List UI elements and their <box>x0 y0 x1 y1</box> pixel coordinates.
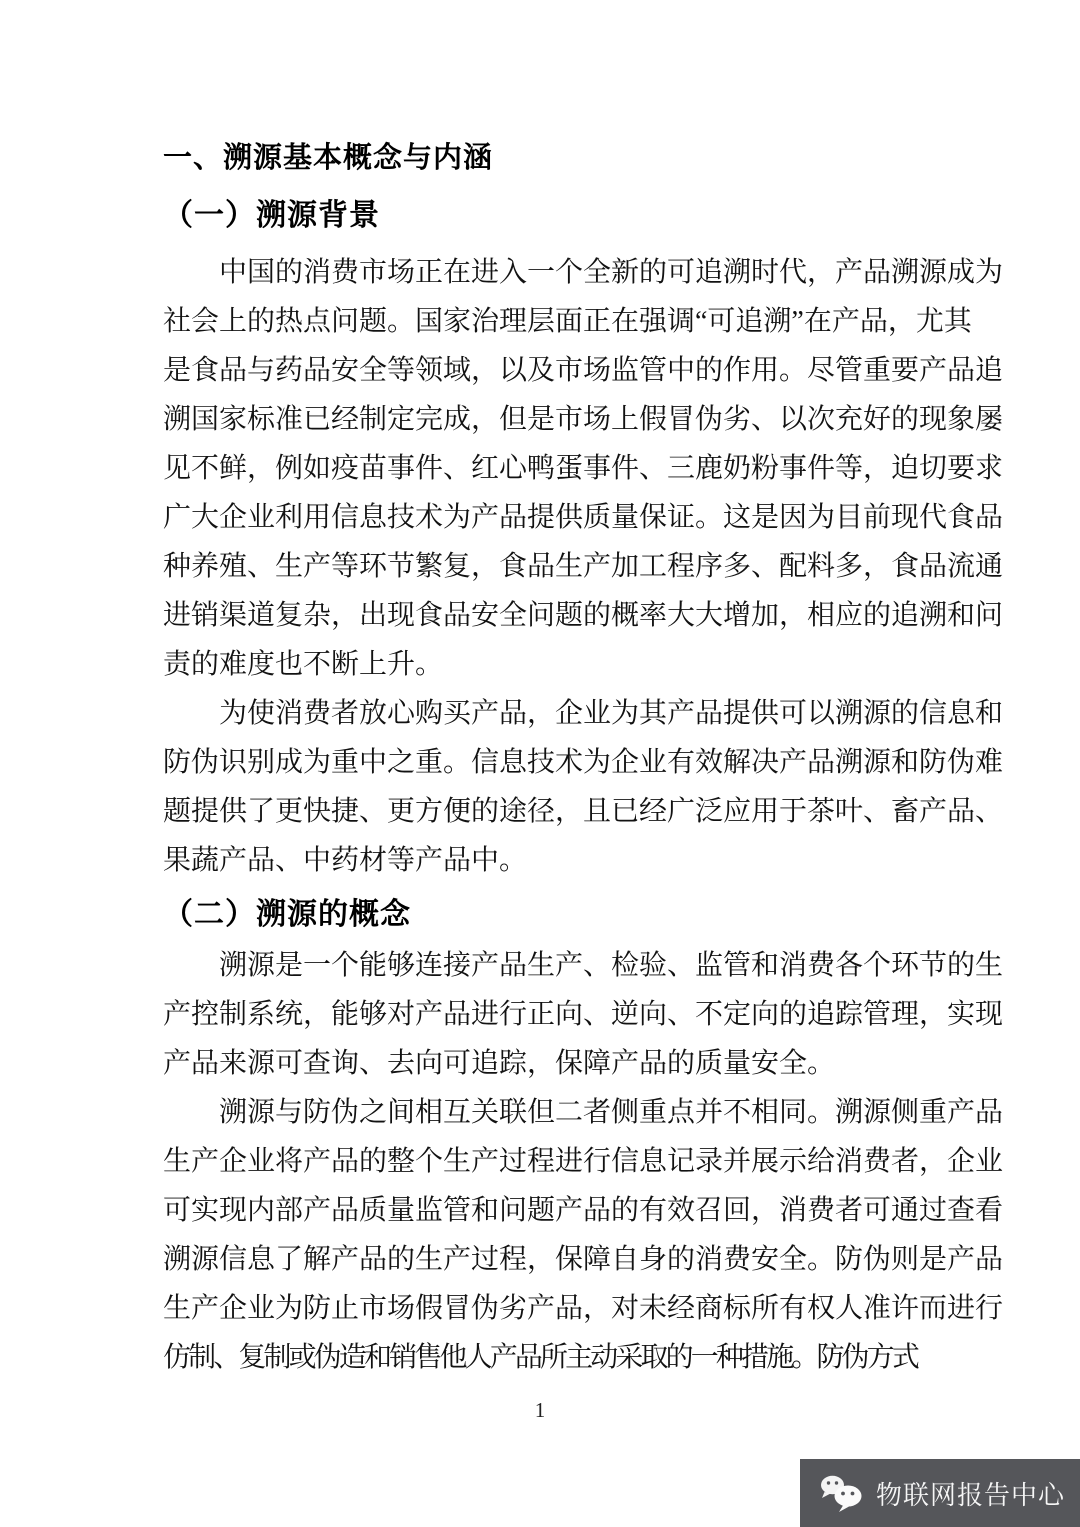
text-line: 仿制、复制或伪造和销售他人产品所主动采取的一种措施。防伪方式 <box>163 1333 917 1382</box>
text-line: 种养殖、生产等环节繁复，食品生产加工程序多、配料多，食品流通 <box>163 542 917 591</box>
chapter-heading: 一、溯源基本概念与内涵 <box>163 134 917 190</box>
text-line: 防伪识别成为重中之重。信息技术为企业有效解决产品溯源和防伪难 <box>163 738 917 787</box>
brand-name: 物联网报告中心 <box>876 1475 1065 1512</box>
page-number: 1 <box>0 1398 1080 1423</box>
text-line: 产控制系统，能够对产品进行正向、逆向、不定向的追踪管理，实现 <box>163 990 917 1039</box>
brand-watermark-bar: 物联网报告中心 <box>800 1459 1080 1527</box>
text-line: 生产企业为防止市场假冒伪劣产品，对未经商标所有权人准许而进行 <box>163 1284 917 1333</box>
text-line: 溯国家标准已经制定完成，但是市场上假冒伪劣、以次充好的现象屡 <box>163 395 917 444</box>
text-line: 溯源信息了解产品的生产过程，保障自身的消费安全。防伪则是产品 <box>163 1235 917 1284</box>
text-line: 社会上的热点问题。国家治理层面正在强调“可追溯”在产品，尤其 <box>163 297 917 346</box>
text-line: 可实现内部产品质量监管和问题产品的有效召回，消费者可通过查看 <box>163 1186 917 1235</box>
section-1-heading: （一）溯源背景 <box>163 190 917 248</box>
text-line: 责的难度也不断上升。 <box>163 640 917 689</box>
text-line: 生产企业将产品的整个生产过程进行信息记录并展示给消费者，企业 <box>163 1137 917 1186</box>
document-page: 一、溯源基本概念与内涵 （一）溯源背景 中国的消费市场正在进入一个全新的可追溯时… <box>0 0 1080 1527</box>
text-line: 为使消费者放心购买产品，企业为其产品提供可以溯源的信息和 <box>163 689 917 738</box>
text-line: 是食品与药品安全等领域，以及市场监管中的作用。尽管重要产品追 <box>163 346 917 395</box>
document-body: 一、溯源基本概念与内涵 （一）溯源背景 中国的消费市场正在进入一个全新的可追溯时… <box>163 134 917 1382</box>
text-line: 题提供了更快捷、更方便的途径，且已经广泛应用于茶叶、畜产品、 <box>163 787 917 836</box>
paragraph-3: 溯源是一个能够连接产品生产、检验、监管和消费各个环节的生产控制系统，能够对产品进… <box>163 941 917 1088</box>
text-line: 溯源与防伪之间相互关联但二者侧重点并不相同。溯源侧重产品 <box>163 1088 917 1137</box>
paragraph-4: 溯源与防伪之间相互关联但二者侧重点并不相同。溯源侧重产品生产企业将产品的整个生产… <box>163 1088 917 1382</box>
section-2-heading: （二）溯源的概念 <box>163 885 917 941</box>
text-line: 产品来源可查询、去向可追踪，保障产品的质量安全。 <box>163 1039 917 1088</box>
text-line: 中国的消费市场正在进入一个全新的可追溯时代，产品溯源成为 <box>163 248 917 297</box>
text-line: 溯源是一个能够连接产品生产、检验、监管和消费各个环节的生 <box>163 941 917 990</box>
paragraph-1: 中国的消费市场正在进入一个全新的可追溯时代，产品溯源成为社会上的热点问题。国家治… <box>163 248 917 689</box>
text-line: 广大企业利用信息技术为产品提供质量保证。这是因为目前现代食品 <box>163 493 917 542</box>
text-line: 见不鲜，例如疫苗事件、红心鸭蛋事件、三鹿奶粉事件等，迫切要求 <box>163 444 917 493</box>
paragraph-2: 为使消费者放心购买产品，企业为其产品提供可以溯源的信息和防伪识别成为重中之重。信… <box>163 689 917 885</box>
text-line: 进销渠道复杂，出现食品安全问题的概率大大增加，相应的追溯和问 <box>163 591 917 640</box>
wechat-icon <box>818 1473 866 1513</box>
text-line: 果蔬产品、中药材等产品中。 <box>163 836 917 885</box>
